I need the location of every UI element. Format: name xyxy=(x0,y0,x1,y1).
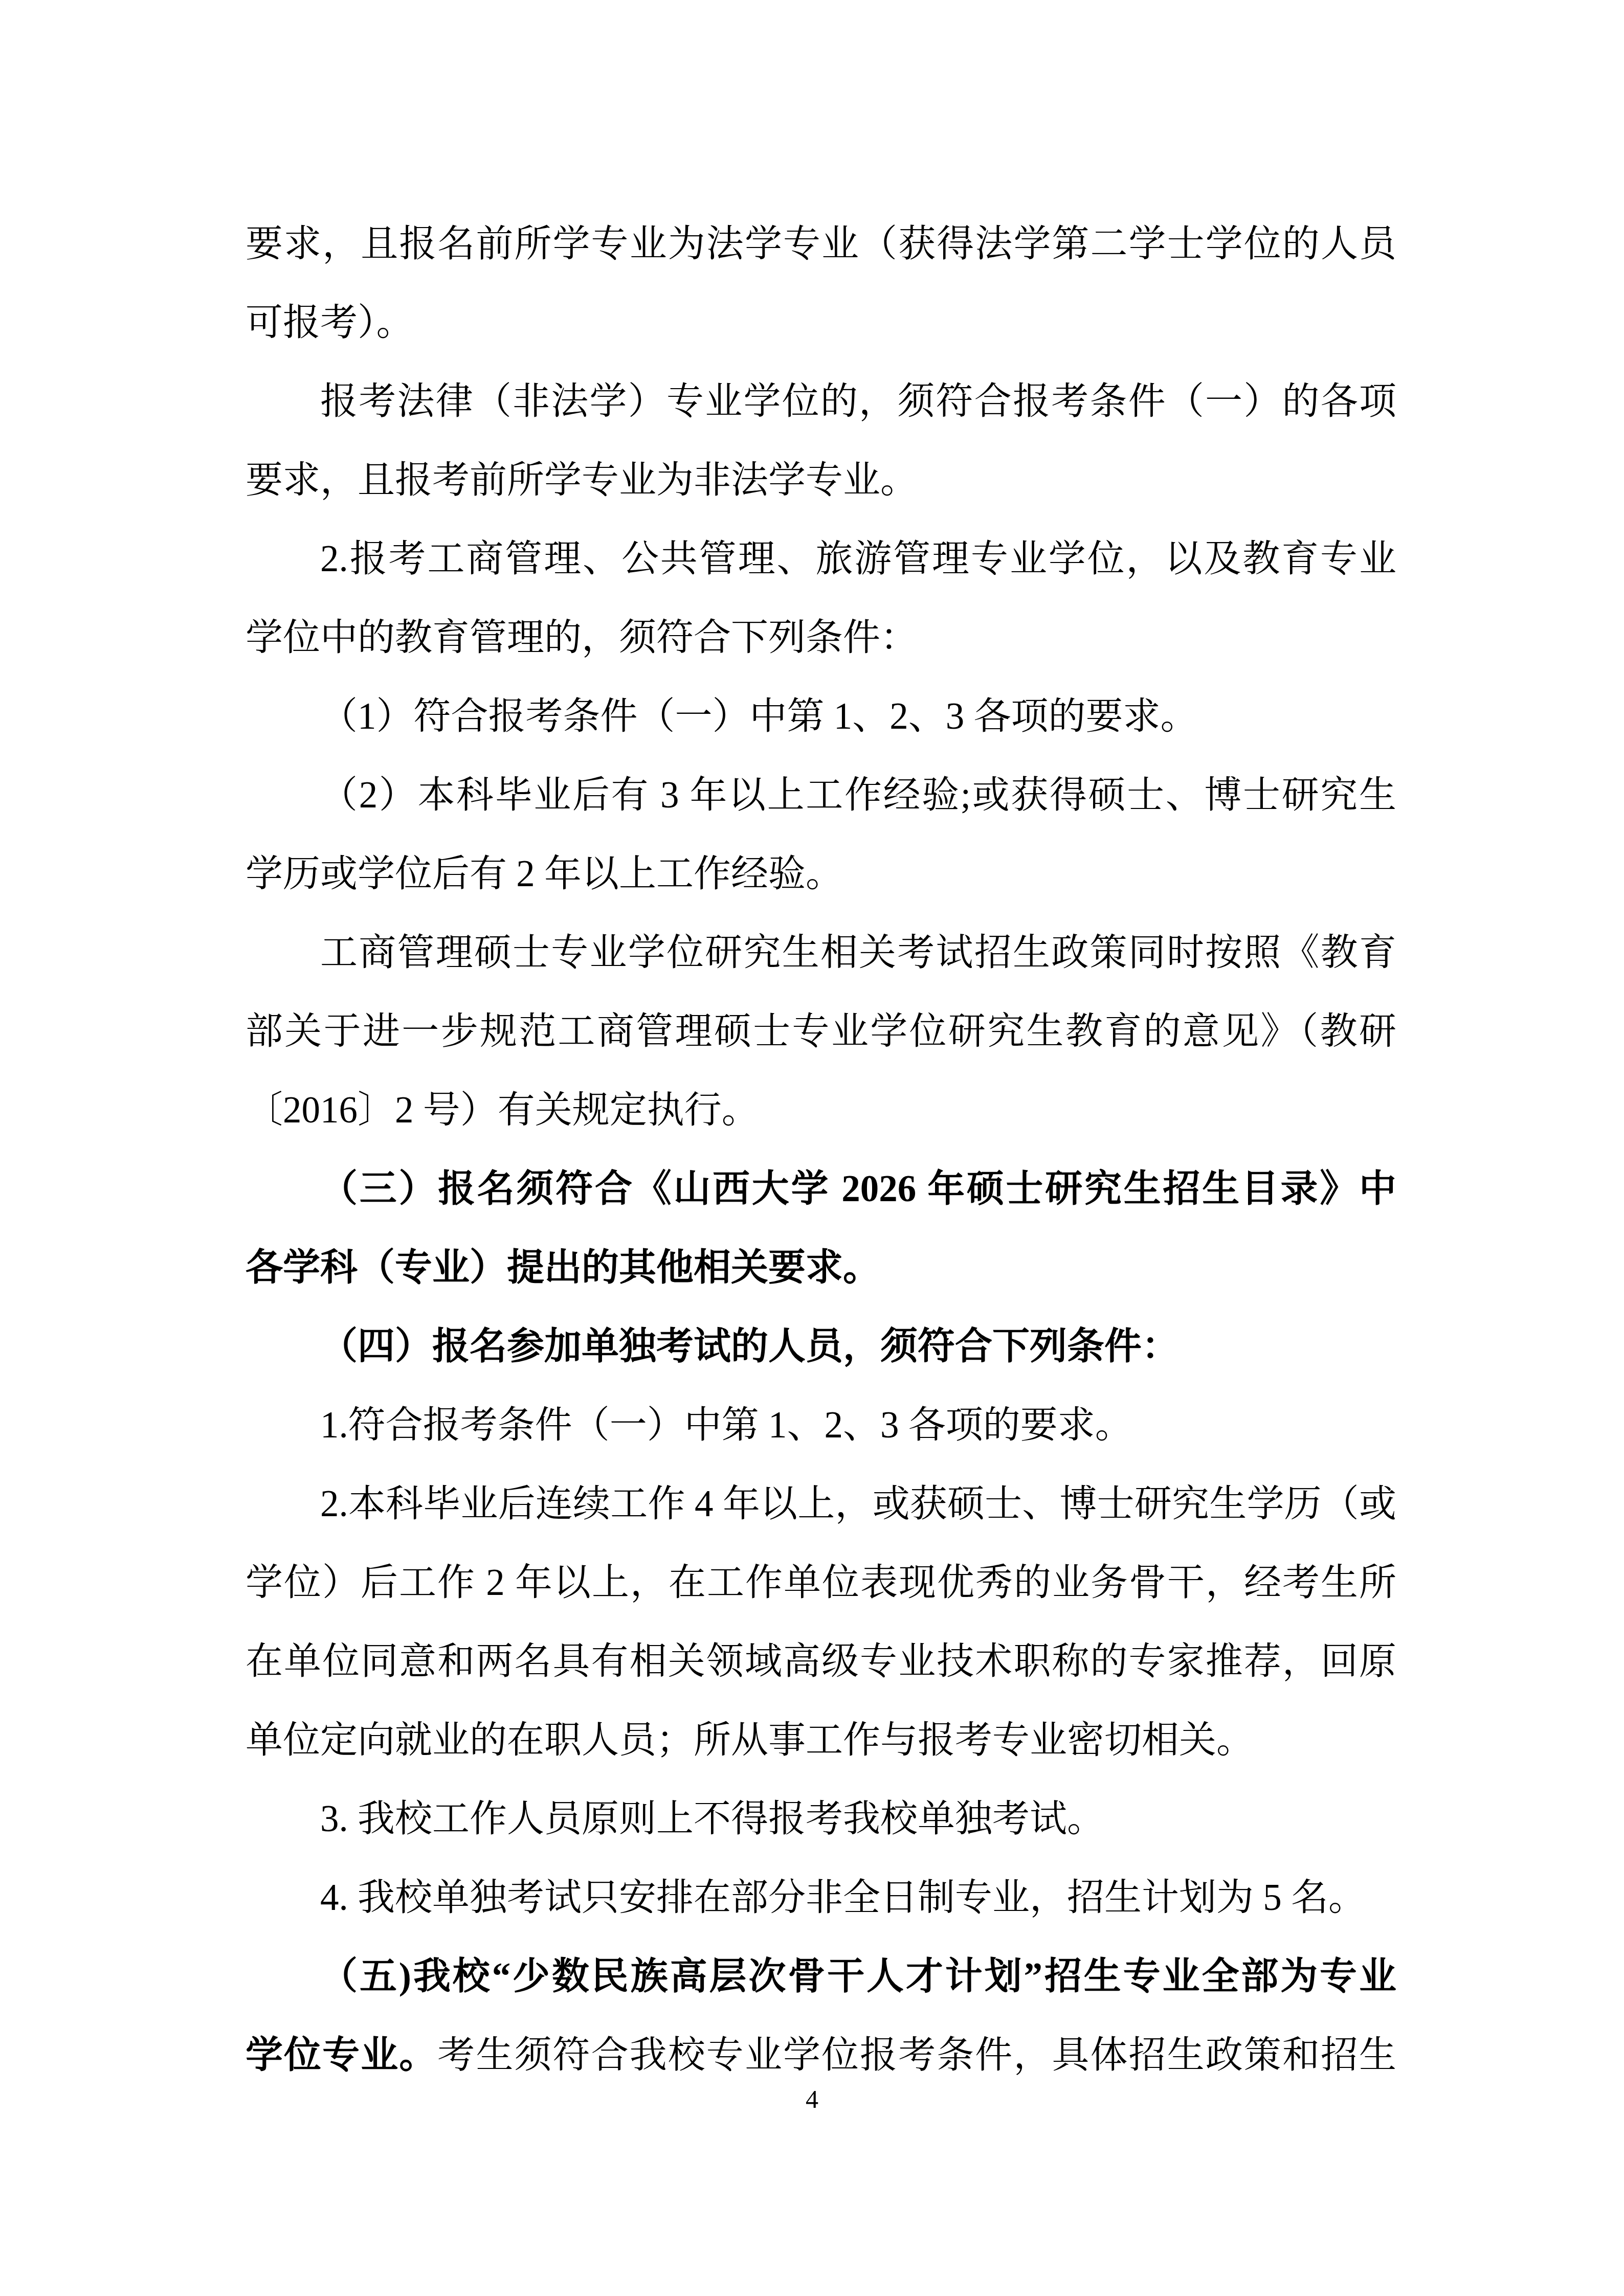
document-page: 要求，且报名前所学专业为法学专业（获得法学第二学士学位的人员可报考）。报考法律（… xyxy=(0,0,1624,2296)
text-segment: （1）符合报考条件（一）中第 1、2、3 各项的要求。 xyxy=(320,695,1198,737)
bold-text-segment: （三）报名须符合《山西大学 2026 年硕士研究生招生目录》中 xyxy=(320,1168,1396,1209)
text-segment: 学位中的教育管理的，须符合下列条件： xyxy=(246,617,918,658)
text-segment: 学历或学位后有 2 年以上工作经验。 xyxy=(246,853,843,894)
text-line: （三）报名须符合《山西大学 2026 年硕士研究生招生目录》中 xyxy=(246,1150,1396,1228)
text-line: 各学科（专业）提出的其他相关要求。 xyxy=(246,1228,1396,1307)
text-segment: 学位）后工作 2 年以上，在工作单位表现优秀的业务骨干，经考生所 xyxy=(246,1562,1396,1603)
text-line: 在单位同意和两名具有相关领域高级专业技术职称的专家推荐，回原 xyxy=(246,1622,1396,1701)
text-segment: 要求，且报考前所学专业为非法学专业。 xyxy=(246,459,918,501)
text-segment: 2.本科毕业后连续工作 4 年以上，或获硕士、博士研究生学历（或 xyxy=(320,1483,1396,1524)
text-line: 学位中的教育管理的，须符合下列条件： xyxy=(246,598,1396,677)
document-body: 要求，且报名前所学专业为法学专业（获得法学第二学士学位的人员可报考）。报考法律（… xyxy=(246,205,1396,2095)
text-line: （1）符合报考条件（一）中第 1、2、3 各项的要求。 xyxy=(246,677,1396,756)
text-line: （2）本科毕业后有 3 年以上工作经验;或获得硕士、博士研究生 xyxy=(246,756,1396,835)
text-line: 4. 我校单独考试只安排在部分非全日制专业，招生计划为 5 名。 xyxy=(246,1858,1396,1937)
bold-text-segment: （五)我校“少数民族高层次骨干人才计划”招生专业全部为专业 xyxy=(320,1955,1396,1997)
bold-text-segment: 各学科（专业）提出的其他相关要求。 xyxy=(246,1247,880,1288)
text-line: 工商管理硕士专业学位研究生相关考试招生政策同时按照《教育 xyxy=(246,913,1396,992)
text-line: 部关于进一步规范工商管理硕士专业学位研究生教育的意见》（教研 xyxy=(246,992,1396,1071)
text-line: 可报考）。 xyxy=(246,283,1396,362)
text-segment: 3. 我校工作人员原则上不得报考我校单独考试。 xyxy=(320,1798,1104,1839)
text-segment: 可报考）。 xyxy=(246,302,414,343)
text-segment: 4. 我校单独考试只安排在部分非全日制专业，招生计划为 5 名。 xyxy=(320,1877,1366,1918)
text-line: （四）报名参加单独考试的人员，须符合下列条件： xyxy=(246,1307,1396,1386)
text-segment: 〔2016〕2 号）有关规定执行。 xyxy=(246,1089,759,1131)
page-number: 4 xyxy=(806,2085,818,2113)
text-segment: 考生须符合我校专业学位报考条件，具体招生政策和招生 xyxy=(437,2034,1396,2076)
text-line: 学历或学位后有 2 年以上工作经验。 xyxy=(246,835,1396,913)
text-line: 要求，且报考前所学专业为非法学专业。 xyxy=(246,441,1396,520)
text-line: 2.报考工商管理、公共管理、旅游管理专业学位，以及教育专业 xyxy=(246,520,1396,598)
text-segment: 单位定向就业的在职人员；所从事工作与报考专业密切相关。 xyxy=(246,1719,1254,1761)
text-segment: 要求，且报名前所学专业为法学专业（获得法学第二学士学位的人员 xyxy=(246,223,1396,264)
text-segment: （2）本科毕业后有 3 年以上工作经验;或获得硕士、博士研究生 xyxy=(320,774,1396,816)
text-line: 学位）后工作 2 年以上，在工作单位表现优秀的业务骨干，经考生所 xyxy=(246,1543,1396,1622)
page-footer: 4 xyxy=(0,2077,1624,2121)
bold-text-segment: （四）报名参加单独考试的人员，须符合下列条件： xyxy=(320,1325,1179,1367)
text-line: 1.符合报考条件（一）中第 1、2、3 各项的要求。 xyxy=(246,1386,1396,1465)
text-line: 〔2016〕2 号）有关规定执行。 xyxy=(246,1071,1396,1150)
text-segment: 工商管理硕士专业学位研究生相关考试招生政策同时按照《教育 xyxy=(320,932,1396,973)
text-segment: 2.报考工商管理、公共管理、旅游管理专业学位，以及教育专业 xyxy=(320,538,1396,579)
text-line: 3. 我校工作人员原则上不得报考我校单独考试。 xyxy=(246,1780,1396,1858)
text-line: 要求，且报名前所学专业为法学专业（获得法学第二学士学位的人员 xyxy=(246,205,1396,283)
text-line: 2.本科毕业后连续工作 4 年以上，或获硕士、博士研究生学历（或 xyxy=(246,1465,1396,1543)
bold-text-segment: 学位专业。 xyxy=(246,2034,437,2076)
text-line: （五)我校“少数民族高层次骨干人才计划”招生专业全部为专业 xyxy=(246,1937,1396,2016)
text-segment: 报考法律（非法学）专业学位的，须符合报考条件（一）的各项 xyxy=(320,380,1396,422)
text-line: 报考法律（非法学）专业学位的，须符合报考条件（一）的各项 xyxy=(246,362,1396,441)
text-segment: 1.符合报考条件（一）中第 1、2、3 各项的要求。 xyxy=(320,1404,1132,1446)
text-line: 单位定向就业的在职人员；所从事工作与报考专业密切相关。 xyxy=(246,1701,1396,1780)
text-segment: 在单位同意和两名具有相关领域高级专业技术职称的专家推荐，回原 xyxy=(246,1640,1396,1682)
text-segment: 部关于进一步规范工商管理硕士专业学位研究生教育的意见》（教研 xyxy=(246,1010,1396,1052)
